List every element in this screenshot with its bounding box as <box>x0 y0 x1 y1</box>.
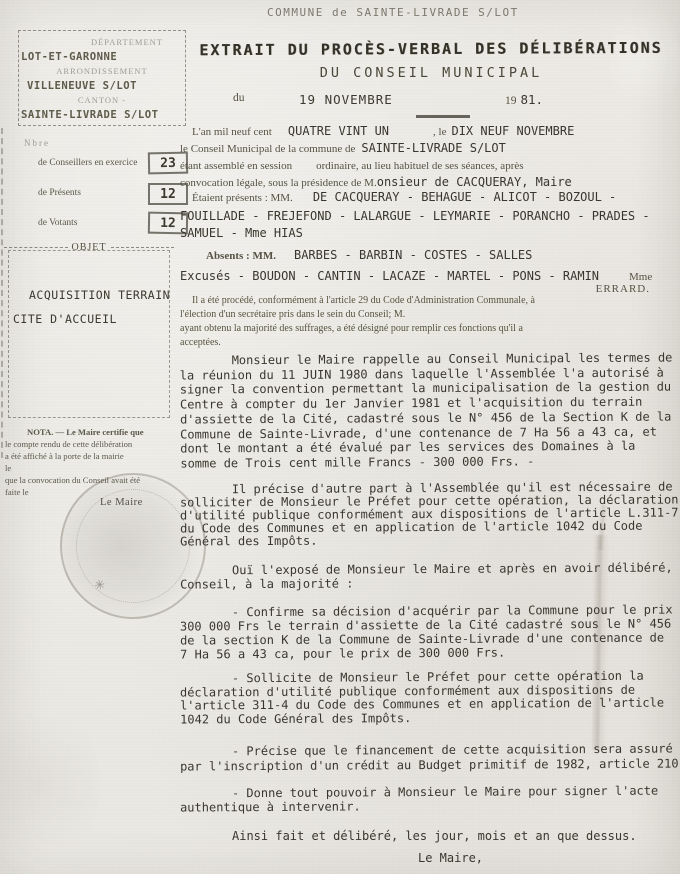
secretaire-line: ayant obtenu la majorité des suffrages, … <box>180 322 680 336</box>
presents-list: Étaient présents : MM.DE CACQUERAY - BEH… <box>180 188 680 243</box>
department-box: DÉPARTEMENT LOT-ET-GARONNE ARRONDISSEMEN… <box>18 30 186 126</box>
date-year: 1981. <box>505 92 543 107</box>
sollicite-paragraph: - Sollicite de Monsieur le Préfet pour c… <box>180 669 680 726</box>
date-year-typed: 81. <box>521 92 544 107</box>
presents-line: FOUILLADE - FREJEFOND - LALARGUE - LEYMA… <box>180 208 680 226</box>
left-margin-dashed-rule <box>1 128 3 458</box>
opening-pre: ordinaire, au lieu habituel de ses séanc… <box>316 160 523 172</box>
opening-pre: le Conseil Municipal de la commune de <box>180 143 355 155</box>
session-date-row: du 19 NOVEMBRE 1981. <box>0 92 680 110</box>
opening-typed: QUATRE VINT UN <box>288 124 389 138</box>
date-year-pre: 19 <box>505 95 517 107</box>
objet-line2: CITE D'ACCUEIL <box>9 307 169 331</box>
signature-le-maire: Le Maire, <box>418 851 483 865</box>
opening-pre: étant assemblé en session <box>180 160 292 172</box>
precise-paragraph: Il précise d'autre part à l'Assemblée qu… <box>180 480 680 548</box>
body-line: authentique à intervenir. <box>180 797 680 814</box>
opening-pre: L'an mil neuf cent <box>192 126 272 138</box>
closing-text: Ainsi fait et délibéré, les jour, mois e… <box>180 829 680 843</box>
secretaire-line: acceptées. <box>180 336 680 350</box>
count-label-conseillers: de Conseillers en exercice <box>38 158 137 168</box>
excuses-typed: Excusés - BOUDON - CANTIN - LACAZE - MAR… <box>180 269 599 283</box>
presents-pre: Étaient présents : MM. <box>192 192 293 204</box>
closing-line: Ainsi fait et délibéré, les jour, mois e… <box>180 829 680 843</box>
stamp-caption-le-maire: Le Maire <box>100 497 143 508</box>
financement-paragraph: - Précise que le financement de cette ac… <box>180 741 680 774</box>
nota-line: a été affiché à la porte de la mairie <box>5 450 190 462</box>
objet-dash-right <box>111 247 175 248</box>
arrondissement-value: VILLENEUVE S/LOT <box>21 79 183 94</box>
oui-paragraph: Ouï l'exposé de Monsieur le Maire et apr… <box>180 560 680 591</box>
rappel-paragraph: Monsieur le Maire rappelle au Conseil Mu… <box>180 350 680 471</box>
absents-typed: BARBES - BARBIN - COSTES - SALLES <box>294 248 532 262</box>
nota-line: NOTA. — Le Maire certifie que <box>5 426 190 438</box>
opening-typed: SAINTE-LIVRADE S/LOT <box>361 141 506 155</box>
departement-label: DÉPARTEMENT <box>21 35 183 50</box>
opening-pre: , le <box>433 126 446 138</box>
scanned-deliberation-document: COMMUNE de SAINTE-LIVRADE S/LOT DÉPARTEM… <box>0 0 680 874</box>
absents-pre: Absents : MM. <box>206 250 276 262</box>
body-line: somme de Trois cent mille Francs - 300 0… <box>180 453 680 471</box>
presents-line: SAMUEL - Mme HIAS <box>180 225 680 243</box>
confirme-paragraph: - Confirme sa décision d'acquérir par la… <box>180 602 680 661</box>
opening-typed: onsieur de CACQUERAY, Maire <box>377 175 572 189</box>
counts-heading: Nbre <box>24 138 50 148</box>
count-label-presents: de Présents <box>38 188 81 198</box>
body-line: dont le montant a été évalué par les ser… <box>180 439 680 457</box>
nota-line: le <box>5 462 190 474</box>
opening-typed: DIX NEUF NOVEMBRE <box>451 124 574 138</box>
document-title-line1: EXTRAIT DU PROCÈS-VERBAL DES DÉLIBÉRATIO… <box>190 39 672 60</box>
secretaire-paragraph: Il a été procédé, conformément à l'artic… <box>180 294 680 350</box>
body-line: par l'inscription d'un crédit au Budget … <box>180 756 680 774</box>
document-title-line2: DU CONSEIL MUNICIPAL <box>190 65 672 81</box>
secretaire-line: l'élection d'un secrétaire pris dans le … <box>180 308 680 322</box>
paper-shadow <box>0 700 100 870</box>
absents-block: Absents : MM.BARBES - BARBIN - COSTES - … <box>180 245 680 287</box>
departement-value: LOT-ET-GARONNE <box>21 50 183 65</box>
objet-box: ACQUISITION TERRAIN CITE D'ACCUEIL <box>8 250 170 418</box>
nota-line: le compte rendu de cette délibération <box>5 438 190 450</box>
arrondissement-label: ARRONDISSEMENT <box>21 64 183 79</box>
secretaire-line: Il a été procédé, conformément à l'artic… <box>180 294 680 308</box>
excuses-pre-mme: Mme <box>629 271 652 283</box>
commune-header: COMMUNE de SAINTE-LIVRADE S/LOT <box>267 6 519 19</box>
presents-typed: DE CACQUERAY - BEHAGUE - ALICOT - BOZOUL… <box>313 190 616 204</box>
objet-dash-left <box>4 247 68 248</box>
opening-paragraph: L'an mil neuf centQUATRE VINT UN, leDIX … <box>180 123 680 191</box>
objet-line1: ACQUISITION TERRAIN <box>9 283 169 307</box>
date-underline <box>416 115 470 118</box>
date-prefix: du <box>233 92 245 104</box>
pouvoir-paragraph: - Donne tout pouvoir à Monsieur le Maire… <box>180 783 680 814</box>
date-value: 19 NOVEMBRE <box>299 92 393 107</box>
count-label-votants: de Votants <box>38 218 78 228</box>
